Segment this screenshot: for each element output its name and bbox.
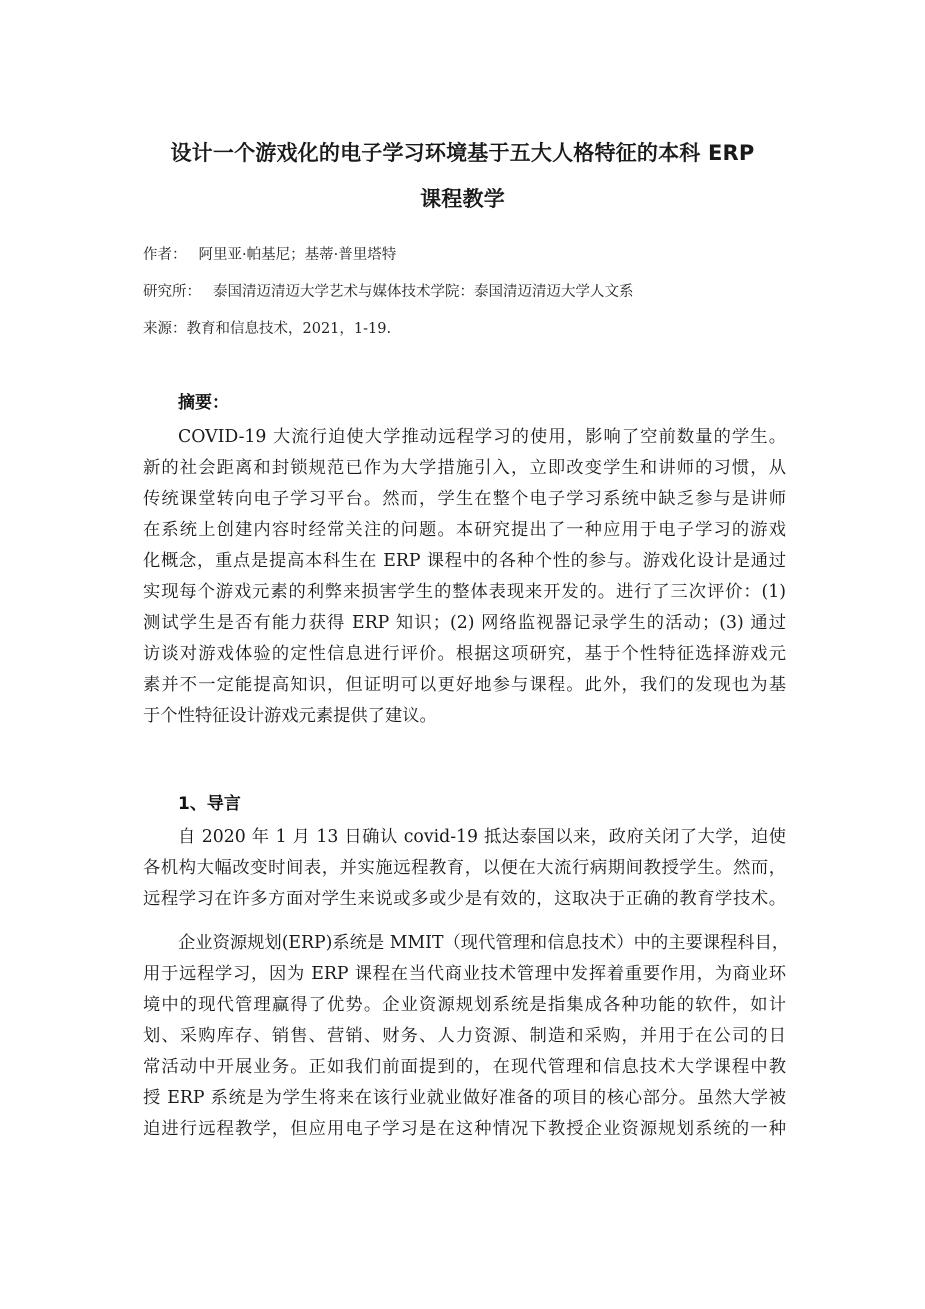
authors-row: 作者：阿里亚·帕基尼；基蒂·普里塔特 [143, 243, 396, 264]
intro-paragraph-1-line: 远程学习在许多方面对学生来说或多或少是有效的，这取决于正确的教育学技术。 [143, 887, 786, 911]
source-label: 来源： [143, 321, 187, 337]
intro-paragraph-2-line: 常活动中开展业务。正如我们前面提到的，在现代管理和信息技术大学课程中教 [143, 1055, 786, 1079]
abstract-line: 传统课堂转向电子学习平台。然而，学生在整个电子学习系统中缺乏参与是讲师 [143, 487, 786, 511]
abstract-heading: 摘要： [178, 388, 229, 413]
intro-paragraph-1-line: 各机构大幅改变时间表，并实施远程教育，以便在大流行病期间教授学生。然而， [143, 856, 786, 880]
source-row: 来源：教育和信息技术，2021，1-19. [143, 317, 391, 338]
abstract-line: 新的社会距离和封锁规范已作为大学措施引入，立即改变学生和讲师的习惯，从 [143, 456, 786, 480]
institute-value: 泰国清迈清迈大学艺术与媒体技术学院：泰国清迈清迈大学人文系 [213, 284, 634, 300]
document-page: 设计一个游戏化的电子学习环境基于五大人格特征的本科 ERP 课程教学 作者：阿里… [0, 0, 925, 1309]
abstract-line: 素并不一定能提高知识，但证明可以更好地参与课程。此外，我们的发现也为基 [143, 673, 786, 697]
intro-paragraph-2-line: 迫进行远程教学，但应用电子学习是在这种情况下教授企业资源规划系统的一种 [143, 1117, 786, 1141]
abstract-line: COVID-19 大流行迫使大学推动远程学习的使用，影响了空前数量的学生。 [178, 425, 786, 449]
abstract-line: 在系统上创建内容时经常关注的问题。本研究提出了一种应用于电子学习的游戏 [143, 518, 786, 542]
section-heading-introduction: 1、导言 [178, 789, 241, 814]
institute-row: 研究所：泰国清迈清迈大学艺术与媒体技术学院：泰国清迈清迈大学人文系 [143, 280, 634, 301]
source-value: 教育和信息技术，2021，1-19. [187, 321, 392, 337]
abstract-line: 化概念，重点是提高本科生在 ERP 课程中的各种个性的参与。游戏化设计是通过 [143, 549, 786, 573]
intro-paragraph-2-line: 用于远程学习，因为 ERP 课程在当代商业技术管理中发挥着重要作用，为商业环 [143, 962, 786, 986]
paper-title-line-2: 课程教学 [100, 183, 825, 213]
paper-title-line-1: 设计一个游戏化的电子学习环境基于五大人格特征的本科 ERP [100, 137, 825, 167]
abstract-line: 测试学生是否有能力获得 ERP 知识；(2) 网络监视器记录学生的活动；(3) … [143, 611, 786, 635]
intro-paragraph-2-line: 企业资源规划(ERP)系统是 MMIT（现代管理和信息技术）中的主要课程科目， [178, 931, 786, 955]
authors-label: 作者： [143, 247, 187, 263]
intro-paragraph-2-line: 境中的现代管理赢得了优势。企业资源规划系统是指集成各种功能的软件，如计 [143, 993, 786, 1017]
abstract-line: 实现每个游戏元素的利弊来损害学生的整体表现来开发的。进行了三次评价：(1) [143, 580, 786, 604]
authors-value: 阿里亚·帕基尼；基蒂·普里塔特 [199, 247, 397, 263]
abstract-line: 于个性特征设计游戏元素提供了建议。 [143, 704, 786, 728]
intro-paragraph-2-line: 划、采购库存、销售、营销、财务、人力资源、制造和采购，并用于在公司的日 [143, 1024, 786, 1048]
intro-paragraph-1-line: 自 2020 年 1 月 13 日确认 covid-19 抵达泰国以来，政府关闭… [178, 825, 786, 849]
institute-label: 研究所： [143, 284, 201, 300]
abstract-line: 访谈对游戏体验的定性信息进行评价。根据这项研究，基于个性特征选择游戏元 [143, 642, 786, 666]
intro-paragraph-2-line: 授 ERP 系统是为学生将来在该行业就业做好准备的项目的核心部分。虽然大学被 [143, 1086, 786, 1110]
